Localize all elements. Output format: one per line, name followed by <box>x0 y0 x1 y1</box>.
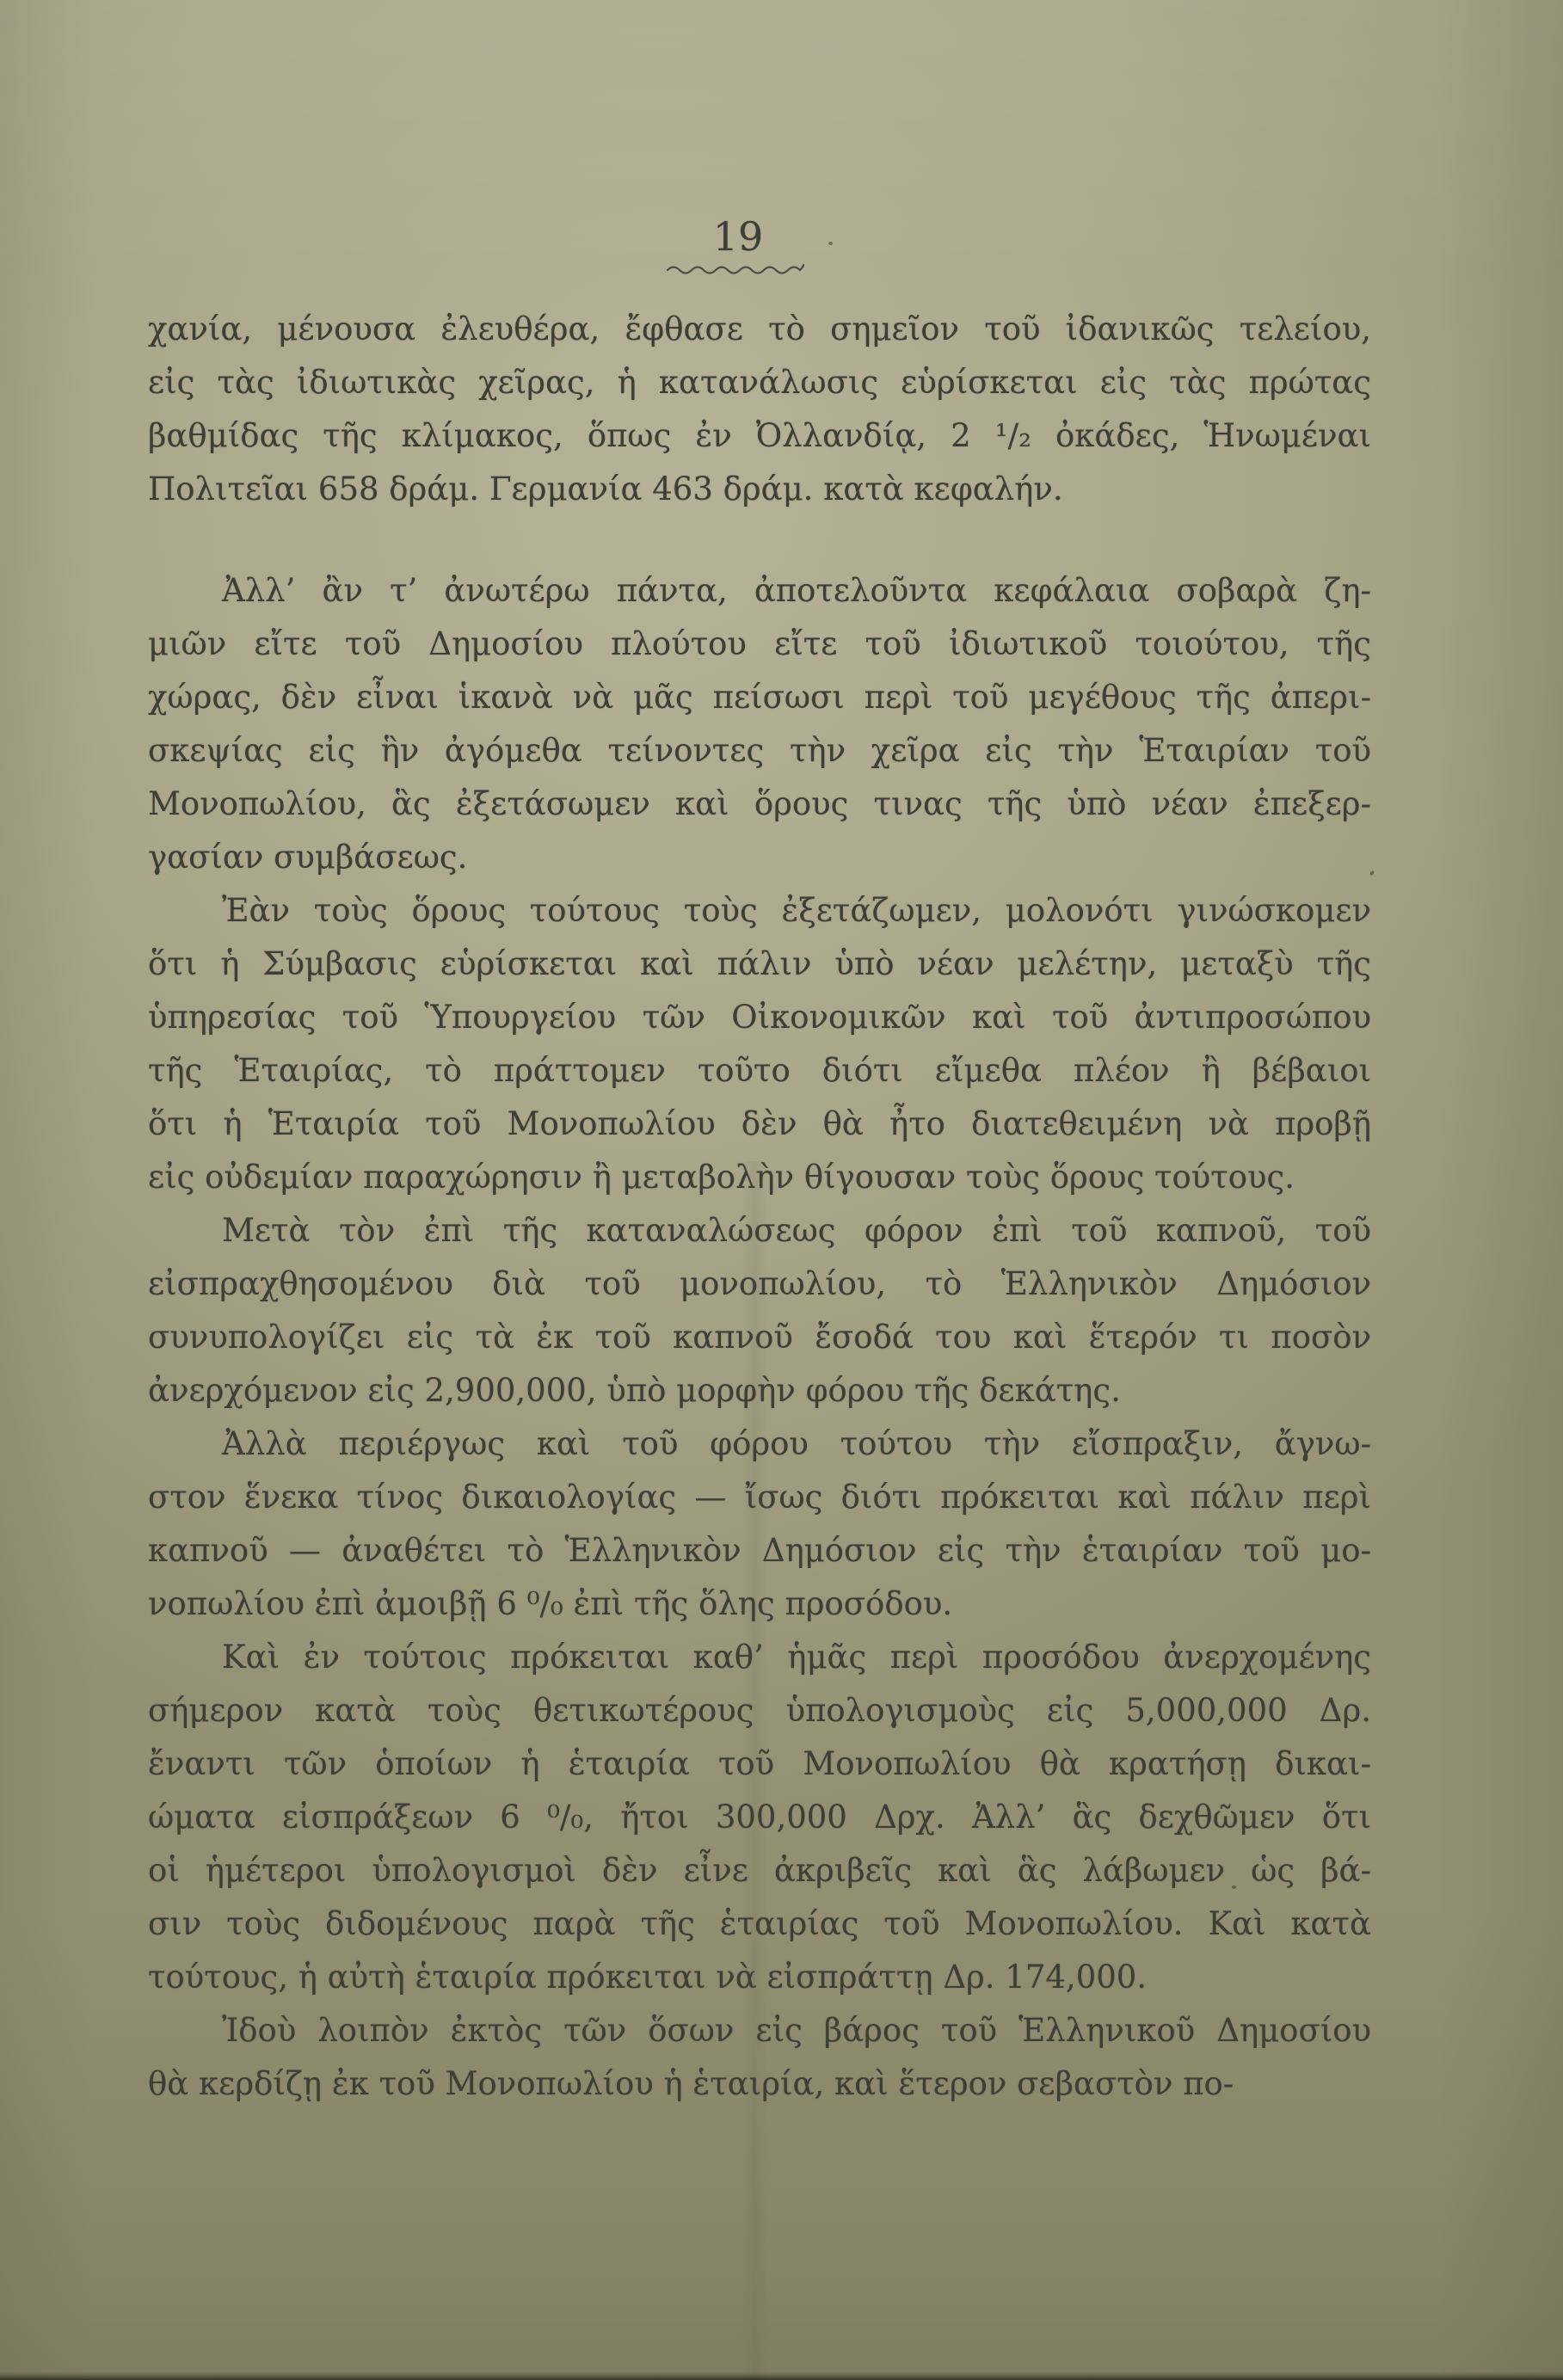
text-line: Ἀλλὰ περιέργως καὶ τοῦ φόρου τούτου τὴν … <box>148 1418 1371 1471</box>
text-line: ὅτι ἡ Σύμβασις εὑρίσκεται καὶ πάλιν ὑπὸ … <box>148 938 1371 991</box>
scanned-page: 19 χανία, μένουσα ἐλευθέρα, ἔφθασε τὸ ση… <box>0 0 1563 2380</box>
text-line: ἀνερχόμενον εἰς 2,900,000, ὑπὸ μορφὴν φό… <box>148 1364 1371 1418</box>
text-line: τῆς Ἑταιρίας, τὸ πράττομεν τοῦτο διότι ε… <box>148 1044 1371 1098</box>
text-line: σήμερον κατὰ τοὺς θετικωτέρους ὑπολογισμ… <box>148 1684 1371 1737</box>
text-line: εἰς οὐδεμίαν παραχώρησιν ἢ μεταβολὴν θίγ… <box>148 1151 1371 1204</box>
text-line: τούτους, ἡ αὐτὴ ἑταιρία πρόκειται νὰ εἰσ… <box>148 1951 1371 2004</box>
text-line: μιῶν εἴτε τοῦ Δημοσίου πλούτου εἴτε τοῦ … <box>148 618 1371 671</box>
text-line: βαθμίδας τῆς κλίμακος, ὅπως ἐν Ὀλλανδίᾳ,… <box>148 409 1371 463</box>
paper-speck <box>828 242 833 245</box>
paragraph: Ἀλλ’ ἂν τ’ ἀνωτέρω πάντα, ἀποτελοῦντα κε… <box>148 564 1371 884</box>
text-line: χανία, μένουσα ἐλευθέρα, ἔφθασε τὸ σημεῖ… <box>148 303 1371 356</box>
text-line: νοπωλίου ἐπὶ ἀμοιβῇ 6 ⁰/₀ ἐπὶ τῆς ὅλης π… <box>148 1577 1371 1631</box>
paragraph: χανία, μένουσα ἐλευθέρα, ἔφθασε τὸ σημεῖ… <box>148 303 1371 516</box>
text-line: στον ἕνεκα τίνος δικαιολογίας — ἴσως διό… <box>148 1471 1371 1524</box>
text-line: Μετὰ τὸν ἐπὶ τῆς καταναλώσεως φόρον ἐπὶ … <box>148 1204 1371 1258</box>
text-line: οἱ ἡμέτεροι ὑπολογισμοὶ δὲν εἶνε ἀκριβεῖ… <box>148 1844 1371 1897</box>
text-line: θὰ κερδίζῃ ἐκ τοῦ Μονοπωλίου ἡ ἑταιρία, … <box>148 2057 1371 2111</box>
paragraph: Ἐὰν τοὺς ὅρους τούτους τοὺς ἐξετάζωμεν, … <box>148 884 1371 1204</box>
text-line: Καὶ ἐν τούτοις πρόκειται καθ’ ἡμᾶς περὶ … <box>148 1631 1371 1684</box>
text-line: ώματα εἰσπράξεων 6 ⁰/₀, ἤτοι 300,000 Δρχ… <box>148 1791 1371 1844</box>
text-line: εἰσπραχθησομένου διὰ τοῦ μονοπωλίου, τὸ … <box>148 1258 1371 1311</box>
text-line: Ἰδοὺ λοιπὸν ἐκτὸς τῶν ὅσων εἰς βάρος τοῦ… <box>148 2004 1371 2057</box>
paragraph: Ἀλλὰ περιέργως καὶ τοῦ φόρου τούτου τὴν … <box>148 1418 1371 1631</box>
wavy-underline-ornament <box>666 263 810 275</box>
text-line: Ἐὰν τοὺς ὅρους τούτους τοὺς ἐξετάζωμεν, … <box>148 884 1371 938</box>
paragraph: Καὶ ἐν τούτοις πρόκειται καθ’ ἡμᾶς περὶ … <box>148 1631 1371 2004</box>
text-line: εἰς τὰς ἰδιωτικὰς χεῖρας, ἡ κατανάλωσις … <box>148 356 1371 409</box>
text-line: σιν τοὺς διδομένους παρὰ τῆς ἑταιρίας το… <box>148 1897 1371 1951</box>
text-line: συνυπολογίζει εἰς τὰ ἐκ τοῦ καπνοῦ ἔσοδά… <box>148 1311 1371 1364</box>
scan-bottom-edge <box>0 2371 1563 2380</box>
text-line: χώρας, δὲν εἶναι ἱκανὰ νὰ μᾶς πείσωσι πε… <box>148 671 1371 724</box>
paper-speck <box>1369 870 1375 876</box>
text-line: καπνοῦ — ἀναθέτει τὸ Ἑλληνικὸν Δημόσιον … <box>148 1524 1371 1577</box>
text-line: ὅτι ἡ Ἑταιρία τοῦ Μονοπωλίου δὲν θὰ ἦτο … <box>148 1098 1371 1151</box>
page-number: 19 <box>713 217 764 256</box>
text-line: γασίαν συμβάσεως. <box>148 831 1371 884</box>
paper-speck <box>1232 1885 1236 1889</box>
paragraph: Ἰδοὺ λοιπὸν ἐκτὸς τῶν ὅσων εἰς βάρος τοῦ… <box>148 2004 1371 2111</box>
text-line: Ἀλλ’ ἂν τ’ ἀνωτέρω πάντα, ἀποτελοῦντα κε… <box>148 564 1371 618</box>
text-line: σκεψίας εἰς ἣν ἀγόμεθα τείνοντες τὴν χεῖ… <box>148 724 1371 778</box>
text-line: ὑπηρεσίας τοῦ Ὑπουργείου τῶν Οἰκονομικῶν… <box>148 991 1371 1044</box>
page-header: 19 <box>148 217 1328 275</box>
paragraph: Μετὰ τὸν ἐπὶ τῆς καταναλώσεως φόρον ἐπὶ … <box>148 1204 1371 1418</box>
text-line: Μονοπωλίου, ἃς ἐξετάσωμεν καὶ ὅρους τινα… <box>148 778 1371 831</box>
page-text: χανία, μένουσα ἐλευθέρα, ἔφθασε τὸ σημεῖ… <box>148 303 1371 2111</box>
text-line: ἔναντι τῶν ὁποίων ἡ ἑταιρία τοῦ Μονοπωλί… <box>148 1737 1371 1791</box>
text-line: Πολιτεῖαι 658 δράμ. Γερμανία 463 δράμ. κ… <box>148 463 1371 516</box>
